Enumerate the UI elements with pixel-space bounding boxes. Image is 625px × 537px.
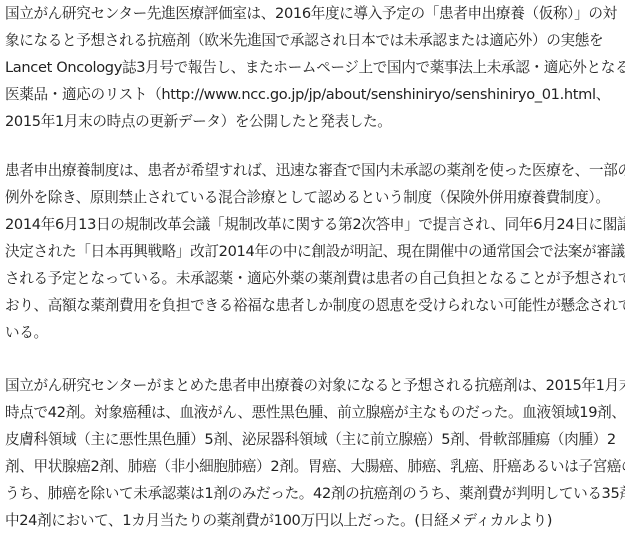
text-line: 医薬品・適応のリスト（http://www.ncc.go.jp/jp/about… bbox=[5, 81, 623, 108]
text-line: 決定された「日本再興戦略」改訂2014年の中に創設が明記、現在開催中の通常国会で… bbox=[5, 238, 623, 265]
text-line: 国立がん研究センター先進医療評価室は、2016年度に導入予定の「患者申出療養（仮… bbox=[5, 0, 623, 27]
text-line: いる。 bbox=[5, 319, 623, 346]
text-line: おり、高額な薬剤費用を負担できる裕福な患者しか制度の恩恵を受けられない可能性が懸… bbox=[5, 292, 623, 319]
paragraph-findings: 国立がん研究センターがまとめた患者申出療養の対象になると予想される抗癌剤は、20… bbox=[5, 372, 623, 534]
text-line: 皮膚科領域（主に悪性黒色腫）5剤、泌尿器科領域（主に前立腺癌）5剤、骨軟部腫瘍（… bbox=[5, 426, 623, 453]
paragraph-system-description: 患者申出療養制度は、患者が希望すれば、迅速な審査で国内未承認の薬剤を使った医療を… bbox=[5, 157, 623, 346]
text-line: 2015年1月末の時点の更新データ）を公開したと発表した。 bbox=[5, 108, 623, 135]
text-line: される予定となっている。未承認薬・適応外薬の薬剤費は患者の自己負担となることが予… bbox=[5, 265, 623, 292]
text-line: うち、肺癌を除いて未承認薬は1剤のみだった。42剤の抗癌剤のうち、薬剤費が判明し… bbox=[5, 480, 623, 507]
text-line: 国立がん研究センターがまとめた患者申出療養の対象になると予想される抗癌剤は、20… bbox=[5, 372, 623, 399]
text-line: 中24剤において、1カ月当たりの薬剤費が100万円以上だった。(日経メディカルよ… bbox=[5, 507, 623, 534]
paragraph-announcement: 国立がん研究センター先進医療評価室は、2016年度に導入予定の「患者申出療養（仮… bbox=[5, 0, 623, 135]
text-line: 時点で42剤。対象癌種は、血液がん、悪性黒色腫、前立腺癌が主なものだった。血液領… bbox=[5, 399, 623, 426]
text-line: 例外を除き、原則禁止されている混合診療として認めるという制度（保険外併用療養費制… bbox=[5, 184, 623, 211]
text-line: 2014年6月13日の規制改革会議「規制改革に関する第2次答申」で提言され、同年… bbox=[5, 211, 623, 238]
text-line: 患者申出療養制度は、患者が希望すれば、迅速な審査で国内未承認の薬剤を使った医療を… bbox=[5, 157, 623, 184]
article-body: 国立がん研究センター先進医療評価室は、2016年度に導入予定の「患者申出療養（仮… bbox=[0, 0, 623, 534]
text-line: 象になると予想される抗癌剤（欧米先進国で承認され日本では未承認または適応外）の実… bbox=[5, 27, 623, 54]
text-line: Lancet Oncology誌3月号で報告し、またホームページ上で国内で薬事法… bbox=[5, 54, 623, 81]
text-line: 剤、甲状腺癌2剤、肺癌（非小細胞肺癌）2剤。胃癌、大腸癌、肺癌、乳癌、肝癌あるい… bbox=[5, 453, 623, 480]
